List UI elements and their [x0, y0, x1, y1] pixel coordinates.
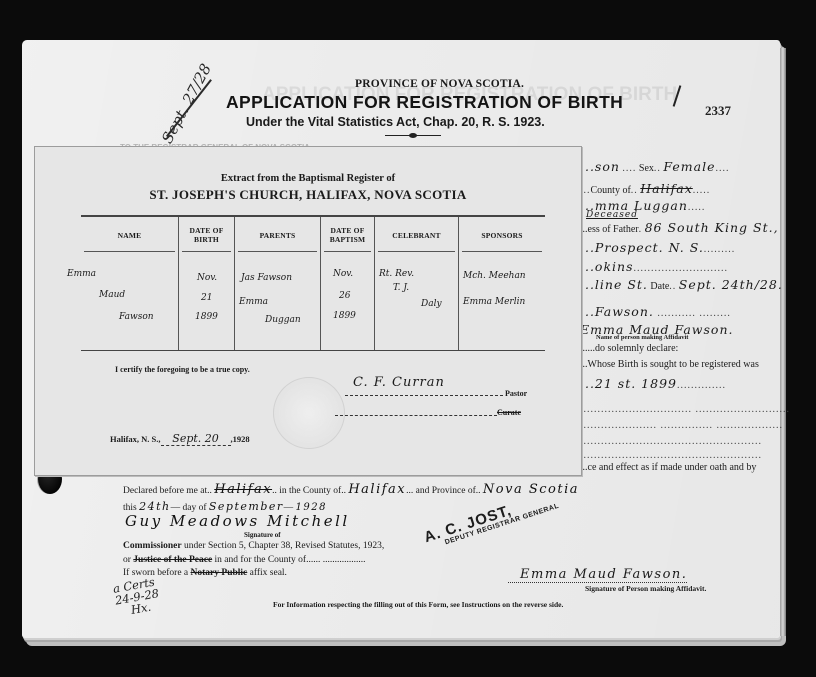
cell-baptism-year: 1899 [333, 311, 356, 321]
town-value: ...Prospect. N. S. [580, 240, 704, 255]
pastor-signature: C. F. Curran [353, 375, 445, 390]
father-status: Deceased [586, 210, 638, 220]
whose-birth-text: ...Whose Birth is sought to be registere… [580, 359, 759, 370]
cell-parent-father: Jas Fawson [241, 273, 292, 283]
cell-celebrant-title: Rt. Rev. [379, 269, 414, 279]
column-date-of-birth: DATE OF BIRTH Nov. 21 1899 [179, 217, 235, 351]
affidavit-person-label: Name of person making Affidavit [596, 334, 688, 341]
cell-parent-mother-last: Duggan [265, 315, 301, 325]
signature-of-label: Signature of [244, 531, 281, 539]
baptismal-extract-card: Extract from the Baptismal Register of S… [34, 146, 582, 476]
cell-celebrant-surname: Daly [421, 299, 442, 309]
father-address-value: 86 South King St., [645, 220, 779, 235]
cell-baptism-month: Nov. [333, 269, 353, 279]
town-row: ...Prospect. N. S.......... [580, 240, 735, 255]
church-name: ST. JOSEPH'S CHURCH, HALIFAX, NOVA SCOTI… [35, 187, 581, 203]
justice-text: in and for the County of [215, 555, 307, 565]
in-county-value: Halifax [348, 482, 406, 497]
form-subtitle: Under the Vital Statistics Act, Chap. 20… [246, 115, 545, 129]
street-partial: ...line St. [580, 277, 648, 292]
pastor-label: Pastor [505, 389, 527, 398]
commissioner-label: Commissioner [123, 541, 182, 551]
sex-value: Female [663, 159, 715, 174]
cell-birth-day: 21 [201, 293, 212, 303]
extract-date-value: Sept. 20 [161, 432, 231, 446]
table-bottom-rule [81, 350, 545, 351]
curate-label: Curate [497, 408, 521, 417]
cell-birth-year: 1899 [195, 312, 218, 322]
birth-date-partial: ...21 st. 1899 [580, 376, 677, 391]
date-label: Date [650, 281, 669, 292]
embossed-seal [273, 377, 345, 449]
certify-text: I certify the foregoing to be a true cop… [115, 365, 250, 374]
form-title: APPLICATION FOR REGISTRATION OF BIRTH [226, 92, 623, 113]
declared-at-label: Declared before me at [123, 486, 207, 496]
extract-date-row: Halifax, N. S.,Sept. 20,1928 [110, 432, 250, 446]
extract-heading: Extract from the Baptismal Register of [35, 173, 581, 184]
commissioner-signature: Guy Meadows Mitchell [125, 512, 350, 530]
sex-label: Sex [639, 163, 654, 174]
affidavit-surname-row: ...Fawson. ........... ......... [580, 304, 731, 319]
cell-baptism-day: 26 [339, 291, 350, 301]
date-row: ...line St. Date.. Sept. 24th/28. [580, 277, 783, 292]
county-label: County of [591, 185, 631, 196]
page-edge [780, 48, 786, 636]
cell-birth-month: Nov. [197, 273, 217, 283]
affix-seal-text: affix seal. [250, 568, 287, 578]
column-celebrant: CELEBRANT Rt. Rev. T. J. Daly [375, 217, 459, 351]
cell-name-line3: Fawson [119, 312, 154, 322]
cell-name-line2: Maud [99, 290, 125, 300]
father-address-label: ...ess of Father [580, 224, 639, 235]
father-address-row: ...ess of Father. 86 South King St., [580, 220, 779, 235]
extract-place-label: Halifax, N. S., [110, 434, 161, 444]
occupation-partial: ...okins [580, 259, 633, 274]
declared-at-value: Halifax [214, 482, 272, 497]
justice-prefix: or [123, 555, 131, 565]
cell-name-line1: Emma [67, 269, 96, 279]
curate-signature-line [335, 415, 497, 416]
cell-parent-mother-first: Emma [239, 297, 268, 307]
column-header: SPONSORS [459, 221, 545, 249]
column-header: PARENTS [235, 221, 320, 249]
commissioner-row: Commissioner under Section 5, Chapter 38… [123, 541, 384, 551]
justice-label: Justice of the Peace [133, 555, 212, 565]
declared-at-row: Declared before me at.. Halifax.. in the… [123, 482, 579, 497]
cell-sponsor-1: Mch. Meehan [463, 271, 526, 281]
baptismal-register-table: NAME Emma Maud Fawson DATE OF BIRTH Nov.… [81, 215, 545, 349]
province-heading: PROVINCE OF NOVA SCOTIA. [355, 78, 524, 90]
commissioner-text: under Section 5, Chapter 38, Revised Sta… [184, 541, 384, 551]
dotted-line-4: ........................................… [580, 450, 762, 461]
cell-celebrant-initials: T. J. [393, 283, 409, 293]
father-status-value: Deceased [586, 210, 638, 220]
pastor-signature-line [345, 395, 503, 396]
commissioner-signature-row: Guy Meadows Mitchell [125, 512, 350, 530]
notary-label: Notary Public [191, 568, 248, 578]
cell-sponsor-2: Emma Merlin [463, 297, 525, 307]
form-number: 2337 [705, 103, 731, 119]
column-header: CELEBRANT [375, 221, 458, 249]
occupation-row: ...okins........................... [580, 259, 728, 274]
dotted-line-3: ........................................… [580, 436, 762, 447]
footer-instructions: For Information respecting the filling o… [273, 600, 563, 609]
column-date-of-baptism: DATE OF BAPTISM Nov. 26 1899 [321, 217, 375, 351]
column-header: DATE OF BAPTISM [321, 221, 374, 249]
dotted-line-2: ...................... ............... .… [580, 420, 783, 431]
surname-partial: ...son [580, 159, 620, 174]
birth-date-row: ...21 st. 1899.............. [580, 376, 726, 391]
applicant-signature-label: Signature of Person making Affidavit. [585, 584, 706, 593]
dotted-line-1: ................................ .......… [580, 404, 790, 415]
extract-year: ,1928 [231, 434, 250, 444]
in-county-label: in the County of [279, 486, 341, 496]
declare-text: ......do solemnly declare: [580, 343, 678, 354]
affidavit-surname-partial: ...Fawson. [580, 304, 654, 319]
column-header: DATE OF BIRTH [179, 221, 234, 249]
applicant-signature: Emma Maud Fawson. [508, 567, 687, 583]
date-value: Sept. 24th/28. [679, 277, 783, 292]
title-ornament [385, 135, 441, 136]
force-effect-text: ...ce and effect as if made under oath a… [580, 462, 756, 473]
county-value: Halifax [640, 181, 692, 196]
justice-row: or Justice of the Peace in and for the C… [123, 555, 365, 565]
column-name: NAME Emma Maud Fawson [81, 217, 179, 351]
sex-field-row: ...son .... Sex.. Female.... [580, 159, 730, 174]
column-sponsors: SPONSORS Mch. Meehan Emma Merlin [459, 217, 545, 351]
clerk-margin-note: a Certs 24-9-28 Hx. [112, 575, 162, 618]
county-field-row: ...County of.. Halifax..... [580, 181, 710, 196]
column-header: NAME [81, 221, 178, 249]
column-parents: PARENTS Jas Fawson Emma Duggan [235, 217, 321, 351]
province-label: and Province of [416, 486, 476, 496]
